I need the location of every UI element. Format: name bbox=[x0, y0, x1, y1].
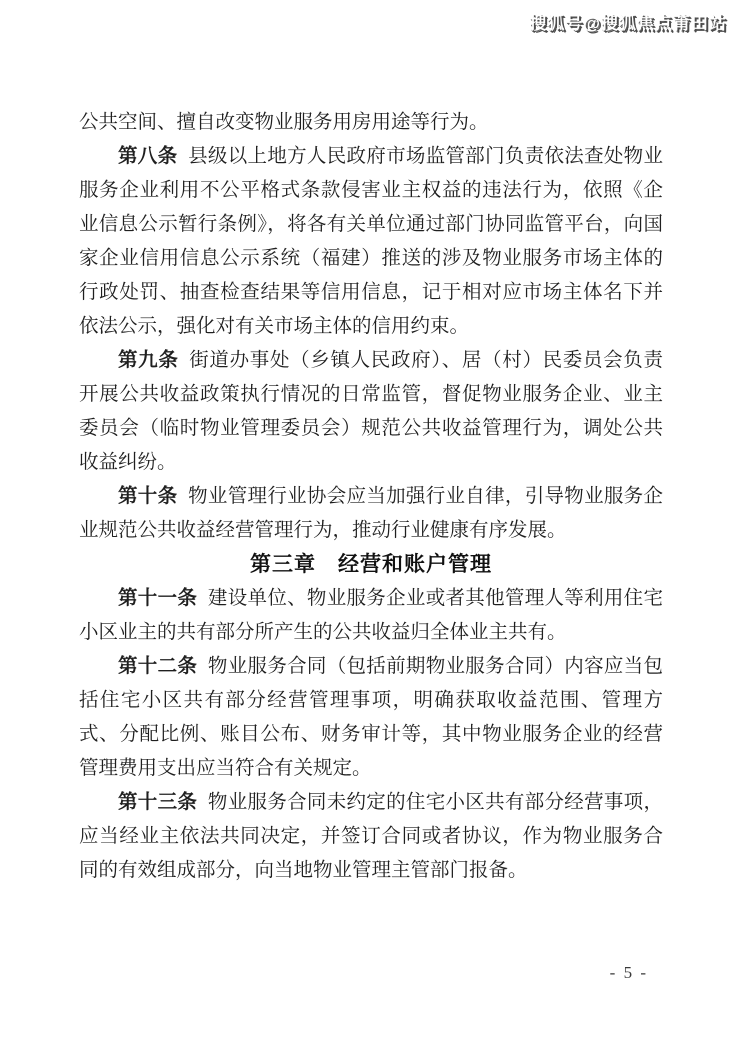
page-number: - 5 - bbox=[610, 963, 648, 983]
article-number: 第八条 bbox=[118, 146, 177, 167]
paragraph-article-8: 第八条县级以上地方人民政府市场监管部门负责依法查处物业服务企业利用不公平格式条款… bbox=[79, 140, 663, 344]
article-number: 第十一条 bbox=[118, 588, 197, 609]
article-number: 第九条 bbox=[118, 350, 179, 371]
article-number: 第十三条 bbox=[118, 792, 197, 813]
paragraph-article-13: 第十三条物业服务合同未约定的住宅小区共有部分经营事项，应当经业主依法共同决定，并… bbox=[79, 786, 663, 888]
watermark-text: 搜狐号@搜狐焦点莆田站 bbox=[529, 9, 727, 34]
paragraph-article-10: 第十条物业管理行业协会应当加强行业自律，引导物业服务企业规范公共收益经营管理行为… bbox=[79, 480, 663, 548]
paragraph-article-11: 第十一条建设单位、物业服务企业或者其他管理人等利用住宅小区业主的共有部分所产生的… bbox=[79, 582, 663, 650]
paragraph-text: 公共空间、擅自改变物业服务用房用途等行为。 bbox=[79, 112, 489, 133]
article-number: 第十条 bbox=[118, 486, 177, 507]
paragraph-text: 县级以上地方人民政府市场监管部门负责依法查处物业服务企业利用不公平格式条款侵害业… bbox=[79, 146, 663, 337]
paragraph-continuation: 公共空间、擅自改变物业服务用房用途等行为。 bbox=[79, 106, 663, 140]
document-page: 搜狐号@搜狐焦点莆田站 公共空间、擅自改变物业服务用房用途等行为。 第八条县级以… bbox=[0, 0, 740, 1046]
paragraph-article-9: 第九条街道办事处（乡镇人民政府）、居（村）民委员会负责开展公共收益政策执行情况的… bbox=[79, 344, 663, 480]
article-number: 第十二条 bbox=[118, 656, 197, 677]
document-body: 公共空间、擅自改变物业服务用房用途等行为。 第八条县级以上地方人民政府市场监管部… bbox=[79, 106, 663, 888]
chapter-heading: 第三章 经营和账户管理 bbox=[79, 548, 663, 582]
paragraph-article-12: 第十二条物业服务合同（包括前期物业服务合同）内容应当包括住宅小区共有部分经营管理… bbox=[79, 650, 663, 786]
